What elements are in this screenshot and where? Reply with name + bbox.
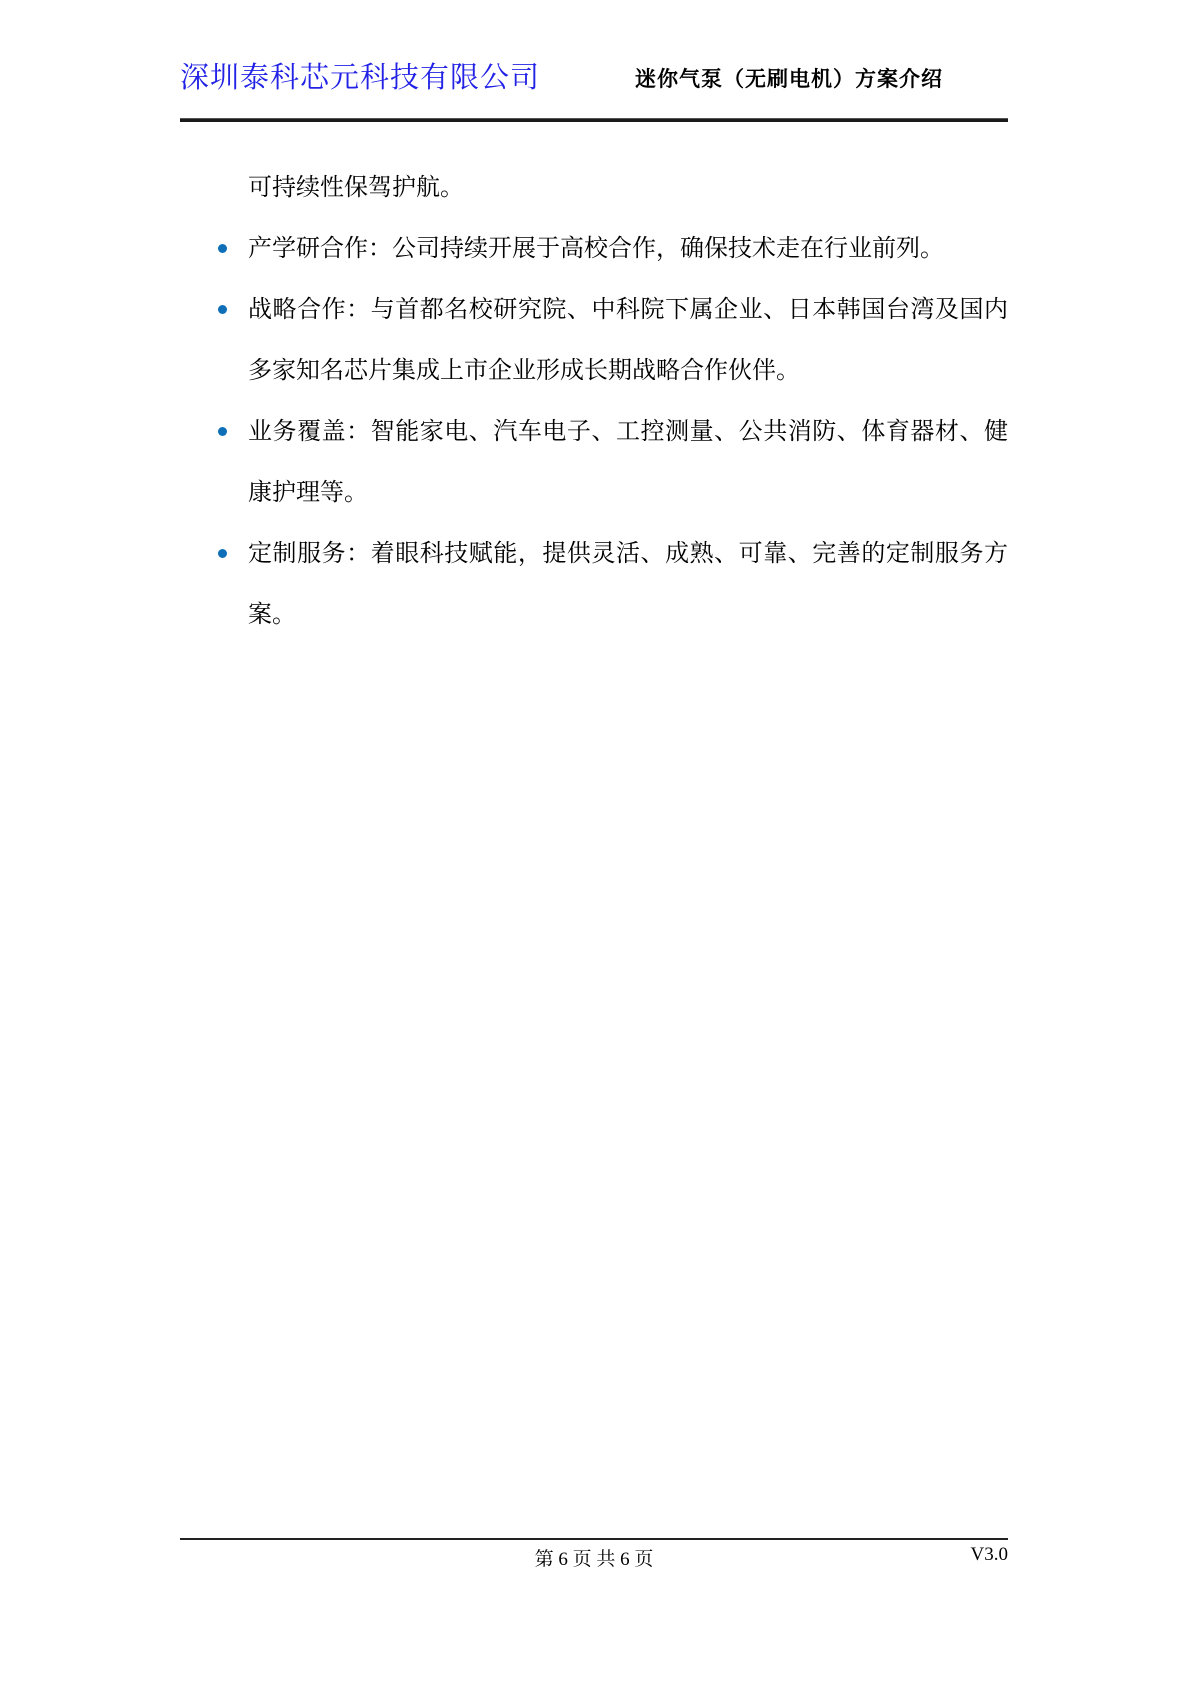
bullet-item-strategic-cooperation: 战略合作：与首都名校研究院、中科院下属企业、日本韩国台湾及国内 多家知名芯片集成… <box>248 279 1008 401</box>
bullet-dot-icon <box>218 305 227 314</box>
version-label: V3.0 <box>180 1544 1008 1566</box>
document-title: 迷你气泵（无刷电机）方案介绍 <box>635 69 943 90</box>
paragraph-line: 定制服务：着眼科技赋能，提供灵活、成熟、可靠、完善的定制服务方 <box>248 523 1008 584</box>
bullet-dot-icon <box>218 427 227 436</box>
paragraph-line: 可持续性保驾护航。 <box>248 157 1008 218</box>
paragraph-line: 战略合作：与首都名校研究院、中科院下属企业、日本韩国台湾及国内 <box>248 279 1008 340</box>
paragraph-line: 康护理等。 <box>248 462 1008 523</box>
footer-divider <box>180 1538 1008 1540</box>
bullet-item-industry-academia: 产学研合作：公司持续开展于高校合作，确保技术走在行业前列。 <box>248 218 1008 279</box>
paragraph-continuation: 可持续性保驾护航。 <box>248 157 1008 218</box>
paragraph-line: 多家知名芯片集成上市企业形成长期战略合作伙伴。 <box>248 340 1008 401</box>
paragraph-line: 案。 <box>248 584 1008 645</box>
header-divider <box>180 118 1008 122</box>
bullet-dot-icon <box>218 549 227 558</box>
document-page: 深圳泰科芯元科技有限公司 迷你气泵（无刷电机）方案介绍 可持续性保驾护航。 产学… <box>0 0 1190 1683</box>
company-name: 深圳泰科芯元科技有限公司 <box>180 64 540 93</box>
paragraph-line: 业务覆盖：智能家电、汽车电子、工控测量、公共消防、体育器材、健 <box>248 401 1008 462</box>
paragraph-line: 产学研合作：公司持续开展于高校合作，确保技术走在行业前列。 <box>248 218 1008 279</box>
bullet-item-custom-service: 定制服务：着眼科技赋能，提供灵活、成熟、可靠、完善的定制服务方 案。 <box>248 523 1008 645</box>
body-text: 可持续性保驾护航。 产学研合作：公司持续开展于高校合作，确保技术走在行业前列。 … <box>248 157 1008 645</box>
bullet-item-business-coverage: 业务覆盖：智能家电、汽车电子、工控测量、公共消防、体育器材、健 康护理等。 <box>248 401 1008 523</box>
bullet-dot-icon <box>218 244 227 253</box>
